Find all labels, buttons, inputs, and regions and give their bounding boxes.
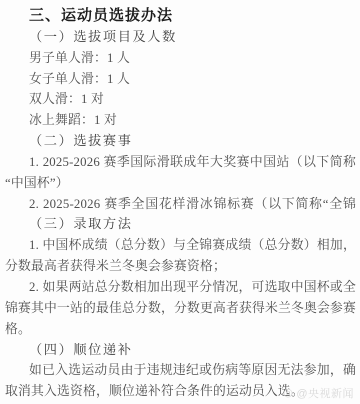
subsection-heading-4: （四）顺位递补 [5, 340, 356, 361]
doc-line: 如已入选运动员由于违规违纪或伤病等原因无法参加，确认 [5, 360, 356, 381]
document-page: 三、运动员选拔办法 （一）选拔项目及人数 男子单人滑：1 人 女子单人滑：1 人… [0, 0, 360, 402]
doc-line: 分数最高者获得米兰冬奥会参赛资格； [5, 256, 356, 277]
doc-line: 锦赛其中一站的最佳总分数，分数更高者获得米兰冬奥会参赛资 [5, 298, 356, 319]
doc-line: 冰上舞蹈：1 对 [5, 110, 356, 131]
doc-line: “中国杯”） [5, 173, 356, 194]
watermark: ◎ @央视新闻 [283, 386, 354, 400]
doc-line: 1. 中国杯成绩（总分数）与全锦赛成绩（总分数）相加， [5, 235, 356, 256]
watermark-text: @央视新闻 [296, 385, 354, 401]
weibo-logo-icon: ◎ [283, 388, 293, 399]
doc-line: 男子单人滑：1 人 [5, 48, 356, 69]
doc-line: 女子单人滑：1 人 [5, 69, 356, 90]
section-heading: 三、运动员选拔办法 [5, 6, 356, 27]
doc-line: 2. 2025-2026 赛季全国花样滑冰锦标赛（以下简称“全锦赛”） [5, 194, 356, 215]
doc-line: 1. 2025-2026 赛季国际滑联成年大奖赛中国站（以下简称 [5, 152, 356, 173]
doc-line: 2. 如果两站总分数相加出现平分情况，可选取中国杯或全 [5, 277, 356, 298]
doc-line: 格。 [5, 319, 356, 340]
doc-line: 双人滑：1 对 [5, 89, 356, 110]
subsection-heading-2: （二）选拔赛事 [5, 131, 356, 152]
subsection-heading-3: （三）录取方法 [5, 214, 356, 235]
subsection-heading-1: （一）选拔项目及人数 [5, 27, 356, 48]
